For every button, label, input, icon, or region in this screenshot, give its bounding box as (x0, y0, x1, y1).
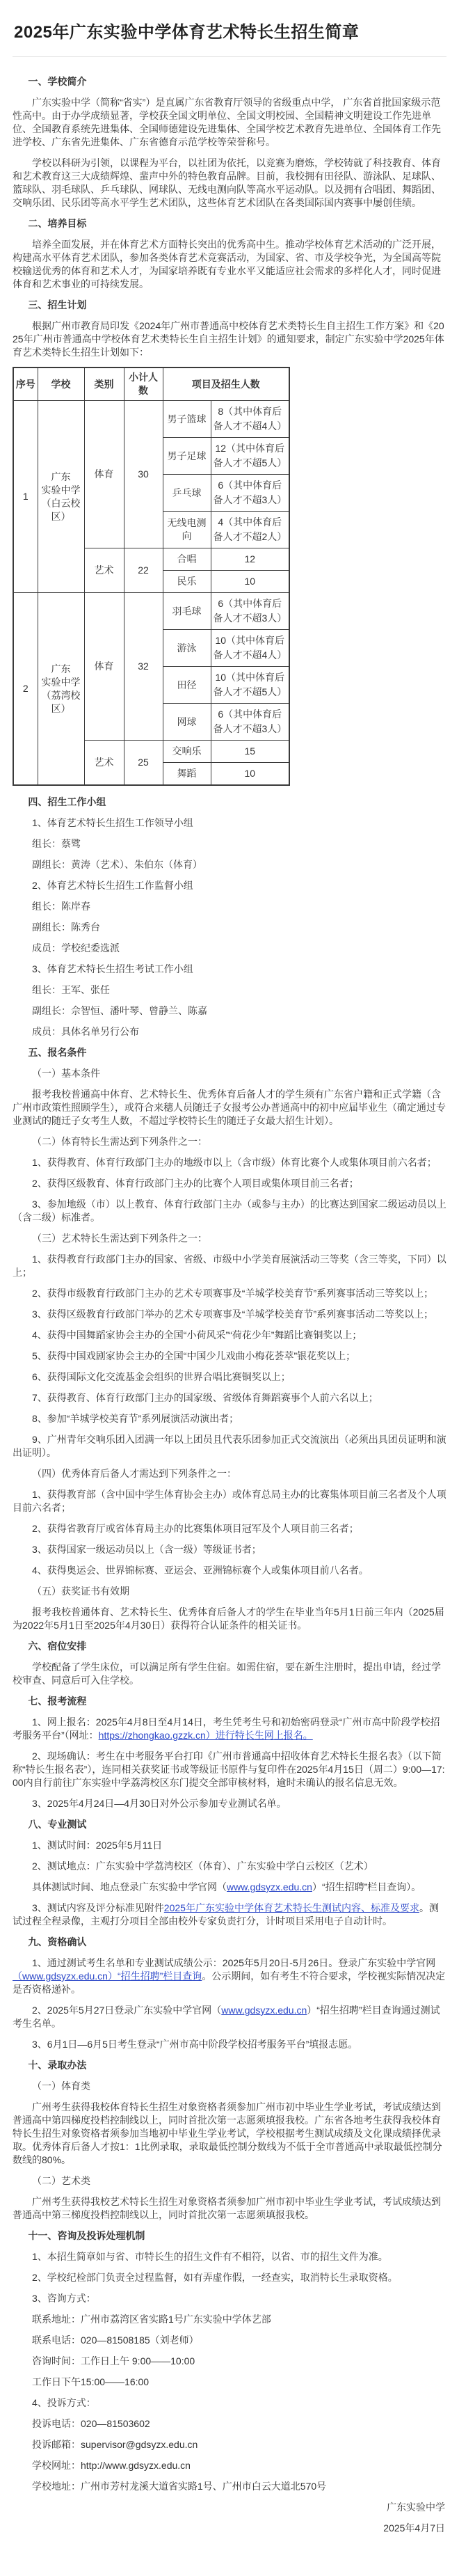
count-cell: 10 (211, 763, 289, 786)
project-cell: 乒乓球 (163, 475, 211, 512)
count-cell: 8（其中体育后备人才不超4人） (211, 401, 289, 438)
subtotal-cell: 25 (124, 741, 163, 786)
inline-link[interactable]: www.gdsyzx.edu.cn (227, 1881, 312, 1893)
paragraph: 1、本招生简章如与省、市特长生的招生文件有不相符，以省、市的招生文件为准。 (13, 2250, 446, 2263)
section-heading: 四、招生工作小组 (13, 796, 446, 809)
project-cell: 舞蹈 (163, 763, 211, 786)
section-heading: 十一、咨询及投诉处理机制 (13, 2229, 446, 2243)
paragraph: 2、获得区级教育、体育行政部门主办的比赛个人项目或集体项目前三名者； (13, 1177, 446, 1190)
paragraph: 3、6月1日—6月5日考生登录“广州市高中阶段学校招考服务平台”填报志愿。 (13, 2038, 446, 2051)
category-cell: 艺术 (84, 548, 124, 593)
count-cell: 10 (211, 571, 289, 593)
paragraph: （三）艺术特长生需达到下列条件之一： (13, 1232, 446, 1245)
paragraph: （五）获奖证书有效期 (13, 1585, 446, 1598)
paragraph: 4、获得中国舞蹈家协会主办的全国“小荷风采”“荷花少年”舞蹈比赛铜奖以上； (13, 1329, 446, 1342)
paragraph: 副组长：黄涛（艺术）、朱伯东（体育） (13, 858, 446, 871)
paragraph: 组长：王军、张任 (13, 983, 446, 997)
inline-link[interactable]: 2025年广东实验中学体育艺术特长生测试内容、标准及要求 (164, 1902, 419, 1913)
paragraph: 2、学校纪检部门负责全过程监督，如有弄虚作假，一经查实，取消特长生录取资格。 (13, 2271, 446, 2284)
paragraph: 具体测试时间、地点登录广东实验中学官网（www.gdsyzx.edu.cn）“招… (13, 1881, 446, 1894)
subtotal-cell: 32 (124, 593, 163, 741)
category-cell: 体育 (84, 401, 124, 548)
paragraph: 2、测试地点：广东实验中学荔湾校区（体育）、广东实验中学白云校区（艺术） (13, 1860, 446, 1873)
paragraph: 4、投诉方式： (13, 2396, 446, 2410)
document: 2025年广东实验中学体育艺术特长生招生简章 一、学校简介广东实验中学（简称“省… (0, 0, 459, 2576)
paragraph: 3、2025年4月24日—4月30日对外公示参加专业测试名单。 (13, 1797, 446, 1810)
section-heading: 九、资格确认 (13, 1936, 446, 1949)
table-header: 学校 (38, 368, 84, 401)
paragraph: 培养全面发展，并在体育艺术方面特长突出的优秀高中生。推动学校体育艺术活动的广泛开… (13, 238, 446, 291)
paragraph: 广州考生获得我校体育特长生招生对象资格者须参加广州市初中毕业生学业考试，考试成绩… (13, 2101, 446, 2167)
project-cell: 网球 (163, 704, 211, 741)
subtotal-cell: 22 (124, 548, 163, 593)
category-cell: 艺术 (84, 741, 124, 786)
paragraph: 6、获得国际文化交流基金会组织的世界合唱比赛铜奖以上； (13, 1370, 446, 1384)
paragraph: 学校以科研为引领，以课程为平台，以社团为依托，以竞赛为磨炼，学校铸就了科技教育、… (13, 157, 446, 210)
page-title: 2025年广东实验中学体育艺术特长生招生简章 (14, 18, 446, 42)
project-cell: 合唱 (163, 548, 211, 571)
paragraph: 1、获得教育部（含中国中学生体育协会主办）或体育总局主办的比赛集体项目前三名者及… (13, 1488, 446, 1515)
section-heading: 八、专业测试 (13, 1818, 446, 1831)
count-cell: 10（其中体育后备人才不超5人） (211, 667, 289, 704)
section-heading: 十、录取办法 (13, 2059, 446, 2072)
category-cell: 体育 (84, 593, 124, 741)
section-heading: 三、招生计划 (13, 299, 446, 312)
content: 一、学校简介广东实验中学（简称“省实”）是直属广东省教育厅领导的省级重点中学， … (13, 75, 446, 2493)
text-run: 3、测试内容及评分标准见附件 (32, 1902, 164, 1913)
paragraph: 咨询时间：工作日上午 9:00——10:00 (13, 2355, 446, 2368)
count-cell: 15 (211, 741, 289, 763)
paragraph: 5、获得中国戏剧家协会主办的全国“中国少儿戏曲小梅花荟萃”银花奖以上； (13, 1350, 446, 1363)
paragraph: （二）艺术类 (13, 2174, 446, 2188)
paragraph: 3、参加地级（市）以上教育、体育行政部门主办（或参与主办）的比赛达到国家二级运动… (13, 1198, 446, 1224)
paragraph: 3、获得国家一级运动员以上（含一级）等级证书者； (13, 1543, 446, 1556)
count-cell: 10（其中体育后备人才不超4人） (211, 630, 289, 667)
paragraph: 副组长：陈秀台 (13, 921, 446, 934)
inline-link[interactable]: （www.gdsyzx.edu.cn）“招生招聘”栏目查询 (13, 1970, 202, 1982)
paragraph: 根据广州市教育局印发《2024年广州市普通高中校体育艺术类特长生自主招生工作方案… (13, 319, 446, 359)
paragraph: 报考我校普通体育、艺术特长生、优秀体育后备人才的学生在毕业当年5月1日前三年内（… (13, 1606, 446, 1632)
text-run: 2、2025年5月27日登录广东实验中学官网（ (32, 2005, 221, 2016)
paragraph: （二）体育特长生需达到下列条件之一： (13, 1135, 446, 1148)
paragraph: （四）优秀体育后备人才需达到下列条件之一： (13, 1467, 446, 1480)
paragraph: 学校地址：广州市芳村龙溪大道省实路1号、广州市白云大道北570号 (13, 2480, 446, 2493)
paragraph: 联系地址：广州市荔湾区省实路1号广东实验中学体艺部 (13, 2313, 446, 2326)
paragraph: （一）体育类 (13, 2080, 446, 2093)
count-cell: 6（其中体育后备人才不超3人） (211, 704, 289, 741)
paragraph: 1、体育艺术特长生招生工作领导小组 (13, 816, 446, 830)
paragraph: 3、体育艺术特长生招生考试工作小组 (13, 963, 446, 976)
paragraph: （一）基本条件 (13, 1067, 446, 1080)
paragraph: 2、获得省教育厅或省体育局主办的比赛集体项目冠军及个人项目前三名者； (13, 1522, 446, 1535)
footer-org: 广东实验中学 (14, 2501, 445, 2514)
paragraph: 报考我校普通高中体育、艺术特长生、优秀体育后备人才的学生须有广东省户籍和正式学籍… (13, 1088, 446, 1128)
paragraph: 1、网上报名：2025年4月8日至4月14日，考生凭考生号和初始密码登录“广州市… (13, 1716, 446, 1742)
project-cell: 民乐 (163, 571, 211, 593)
project-cell: 游泳 (163, 630, 211, 667)
section-heading: 二、培养目标 (13, 217, 446, 230)
text-run: 具体测试时间、地点登录广东实验中学官网（ (32, 1881, 227, 1893)
paragraph: 1、获得教育行政部门主办的国家、省级、市级中小学美育展演活动三等奖（含三等奖，下… (13, 1253, 446, 1279)
count-cell: 6（其中体育后备人才不超3人） (211, 593, 289, 630)
inline-link[interactable]: www.gdsyzx.edu.cn (221, 2005, 307, 2016)
project-cell: 羽毛球 (163, 593, 211, 630)
paragraph: 投诉电话：020—81503602 (13, 2417, 446, 2431)
paragraph: 1、测试时间：2025年5月11日 (13, 1839, 446, 1852)
paragraph: 广州考生获得我校艺术特长生招生对象资格者须参加广州市初中毕业生学业考试，考试成绩… (13, 2195, 446, 2222)
paragraph: 1、获得教育、体育行政部门主办的地级市以上（含市级）体育比赛个人或集体项目前六名… (13, 1156, 446, 1169)
paragraph: 副组长：佘智恒、潘叶琴、曾静兰、陈嘉 (13, 1004, 446, 1018)
paragraph: 3、测试内容及评分标准见附件2025年广东实验中学体育艺术特长生测试内容、标准及… (13, 1902, 446, 1928)
table-row: 1广东实验中学（白云校区）体育30男子篮球8（其中体育后备人才不超4人） (13, 401, 289, 438)
paragraph: 2、获得市级教育行政部门主办的艺术专项赛事及“羊城学校美育节”系列赛事活动三等奖… (13, 1287, 446, 1300)
school-cell: 广东实验中学（白云校区） (38, 401, 84, 593)
paragraph: 成员：具体名单另行公布 (13, 1025, 446, 1038)
paragraph: 2、2025年5月27日登录广东实验中学官网（www.gdsyzx.edu.cn… (13, 2004, 446, 2030)
paragraph: 4、获得奥运会、世界锦标赛、亚运会、亚洲锦标赛个人或集体项目前八名者。 (13, 1564, 446, 1577)
project-cell: 男子足球 (163, 438, 211, 475)
count-cell: 12 (211, 548, 289, 571)
paragraph: 广东实验中学（简称“省实”）是直属广东省教育厅领导的省级重点中学， 广东省首批国… (13, 96, 446, 149)
enrollment-plan-table: 序号学校类别小计人数项目及招生人数1广东实验中学（白云校区）体育30男子篮球8（… (13, 367, 290, 786)
paragraph: 8、参加“羊城学校美育节”系列展演活动演出者； (13, 1412, 446, 1425)
footer-date: 2025年4月7日 (14, 2522, 445, 2535)
project-cell: 男子篮球 (163, 401, 211, 438)
table-row: 2广东实验中学（荔湾校区）体育32羽毛球6（其中体育后备人才不超3人） (13, 593, 289, 630)
count-cell: 6（其中体育后备人才不超3人） (211, 475, 289, 512)
table-header: 类别 (84, 368, 124, 401)
paragraph: 联系电话：020—81508185（刘老师） (13, 2334, 446, 2347)
count-cell: 4（其中体育后备人才不超2人） (211, 512, 289, 548)
table-header: 项目及招生人数 (163, 368, 289, 401)
table-header: 小计人数 (124, 368, 163, 401)
section-heading: 五、报名条件 (13, 1046, 446, 1059)
school-cell: 广东实验中学（荔湾校区） (38, 593, 84, 786)
serial-cell: 1 (13, 401, 38, 593)
paragraph: 2、现场确认：考生在中考服务平台打印《广州市普通高中招收体育艺术特长生报名表》（… (13, 1750, 446, 1789)
paragraph: 7、获得教育、体育行政部门主办的国家级、省级体育舞蹈赛事个人前六名以上； (13, 1391, 446, 1405)
table-header: 序号 (13, 368, 38, 401)
text-run: 1、通过测试考生名单和专业测试成绩公示：2025年5月20日-5月26日。登录广… (32, 1957, 435, 1968)
paragraph: 2、体育艺术特长生招生工作监督小组 (13, 879, 446, 892)
serial-cell: 2 (13, 593, 38, 786)
section-heading: 一、学校简介 (13, 75, 446, 88)
paragraph: 组长：陈岸春 (13, 900, 446, 913)
paragraph: 1、通过测试考生名单和专业测试成绩公示：2025年5月20日-5月26日。登录广… (13, 1957, 446, 1996)
project-cell: 交响乐 (163, 741, 211, 763)
section-heading: 七、报考流程 (13, 1695, 446, 1708)
paragraph: 投诉邮箱：supervisor@gdsyzx.edu.cn (13, 2438, 446, 2451)
inline-link[interactable]: https://zhongkao.gzzk.cn）进行特长生网上报名。 (99, 1730, 313, 1741)
paragraph: 3、获得区级教育行政部门举办的艺术专项赛事及“羊城学校美育节”系列赛事活动二等奖… (13, 1308, 446, 1321)
paragraph: 9、广州青年交响乐团入团满一年以上团员且代表乐团参加正式交流演出（必须出具团员证… (13, 1433, 446, 1460)
paragraph: 组长：蔡骘 (13, 837, 446, 851)
paragraph: 3、咨询方式： (13, 2292, 446, 2305)
text-run: ）“招生招聘”栏目查询）。 (312, 1881, 421, 1893)
subtotal-cell: 30 (124, 401, 163, 548)
paragraph: 学校配备了学生床位，可以满足所有学生住宿。如需住宿，要在新生注册时，提出申请，经… (13, 1661, 446, 1687)
paragraph: 工作日下午15:00——16:00 (13, 2376, 446, 2389)
count-cell: 12（其中体育后备人才不超5人） (211, 438, 289, 475)
paragraph: 学校网址：http://www.gdsyzx.edu.cn (13, 2459, 446, 2472)
project-cell: 田径 (163, 667, 211, 704)
project-cell: 无线电测向 (163, 512, 211, 548)
section-heading: 六、宿位安排 (13, 1640, 446, 1653)
paragraph: 成员：学校纪委选派 (13, 942, 446, 955)
title-divider (13, 56, 446, 57)
